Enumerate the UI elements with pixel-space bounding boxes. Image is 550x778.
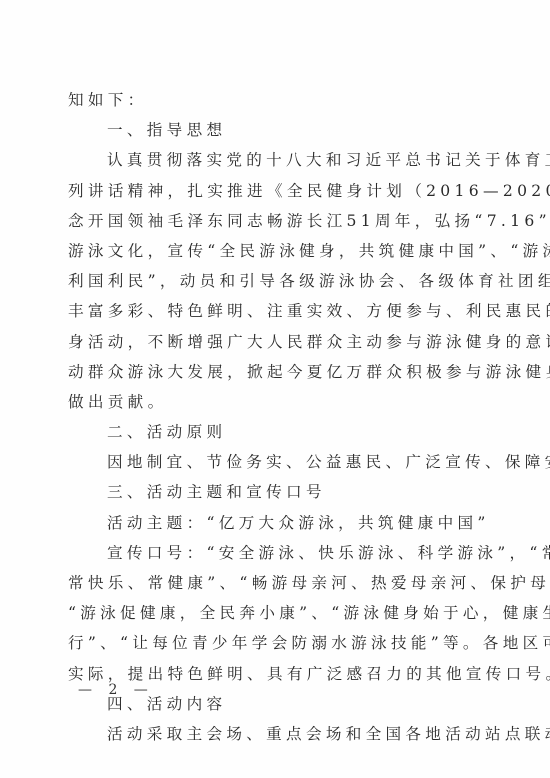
text-line: 丰富多彩、特色鲜明、注重实效、方便参与、利民惠民的游泳健 — [68, 296, 480, 326]
page-number: — 2 — — [78, 682, 154, 698]
text-line: 活动采取主会场、重点会场和全国各地活动站点联动的形 — [68, 719, 480, 749]
text-line: 宣传口号：“安全游泳、快乐游泳、科学游泳”，“常游泳、 — [68, 538, 480, 568]
text-line: 知如下： — [68, 85, 480, 115]
text-line: 利国利民”，动员和引导各级游泳协会、各级体育社团组织开展 — [68, 266, 480, 296]
document-body: 知如下： 一、指导思想 认真贯彻落实党的十八大和习近平总书记关于体育工作的系 列… — [68, 85, 480, 749]
text-line: 认真贯彻落实党的十八大和习近平总书记关于体育工作的系 — [68, 145, 480, 175]
text-line: 念开国领袖毛泽东同志畅游长江51周年，弘扬“7.16”精神和 — [68, 206, 480, 236]
document-page: 知如下： 一、指导思想 认真贯彻落实党的十八大和习近平总书记关于体育工作的系 列… — [0, 0, 550, 778]
text-line: 常快乐、常健康”、“畅游母亲河、热爱母亲河、保护母亲河”、 — [68, 568, 480, 598]
section-heading-guiding-ideology: 一、指导思想 — [68, 115, 480, 145]
text-line: 活动主题：“亿万大众游泳，共筑健康中国” — [68, 508, 480, 538]
text-line: 行”、“让每位青少年学会防溺水游泳技能”等。各地区可以结合 — [68, 628, 480, 658]
text-line: 列讲话精神，扎实推进《全民健身计划（2016—2020年）》，纪 — [68, 176, 480, 206]
text-line: 因地制宜、节俭务实、公益惠民、广泛宣传、保障安全。 — [68, 447, 480, 477]
text-line: 动群众游泳大发展，掀起今夏亿万群众积极参与游泳健身的热潮 — [68, 357, 480, 387]
text-line: 身活动，不断增强广大人民群众主动参与游泳健身的意识，为推 — [68, 327, 480, 357]
text-line: 游泳文化，宣传“全民游泳健身，共筑健康中国”、“游泳健身、 — [68, 236, 480, 266]
section-heading-principles: 二、活动原则 — [68, 417, 480, 447]
text-line: “游泳促健康，全民奔小康”、“游泳健身始于心，健康生活践于 — [68, 598, 480, 628]
section-heading-theme-slogans: 三、活动主题和宣传口号 — [68, 477, 480, 507]
text-line: 做出贡献。 — [68, 387, 480, 417]
